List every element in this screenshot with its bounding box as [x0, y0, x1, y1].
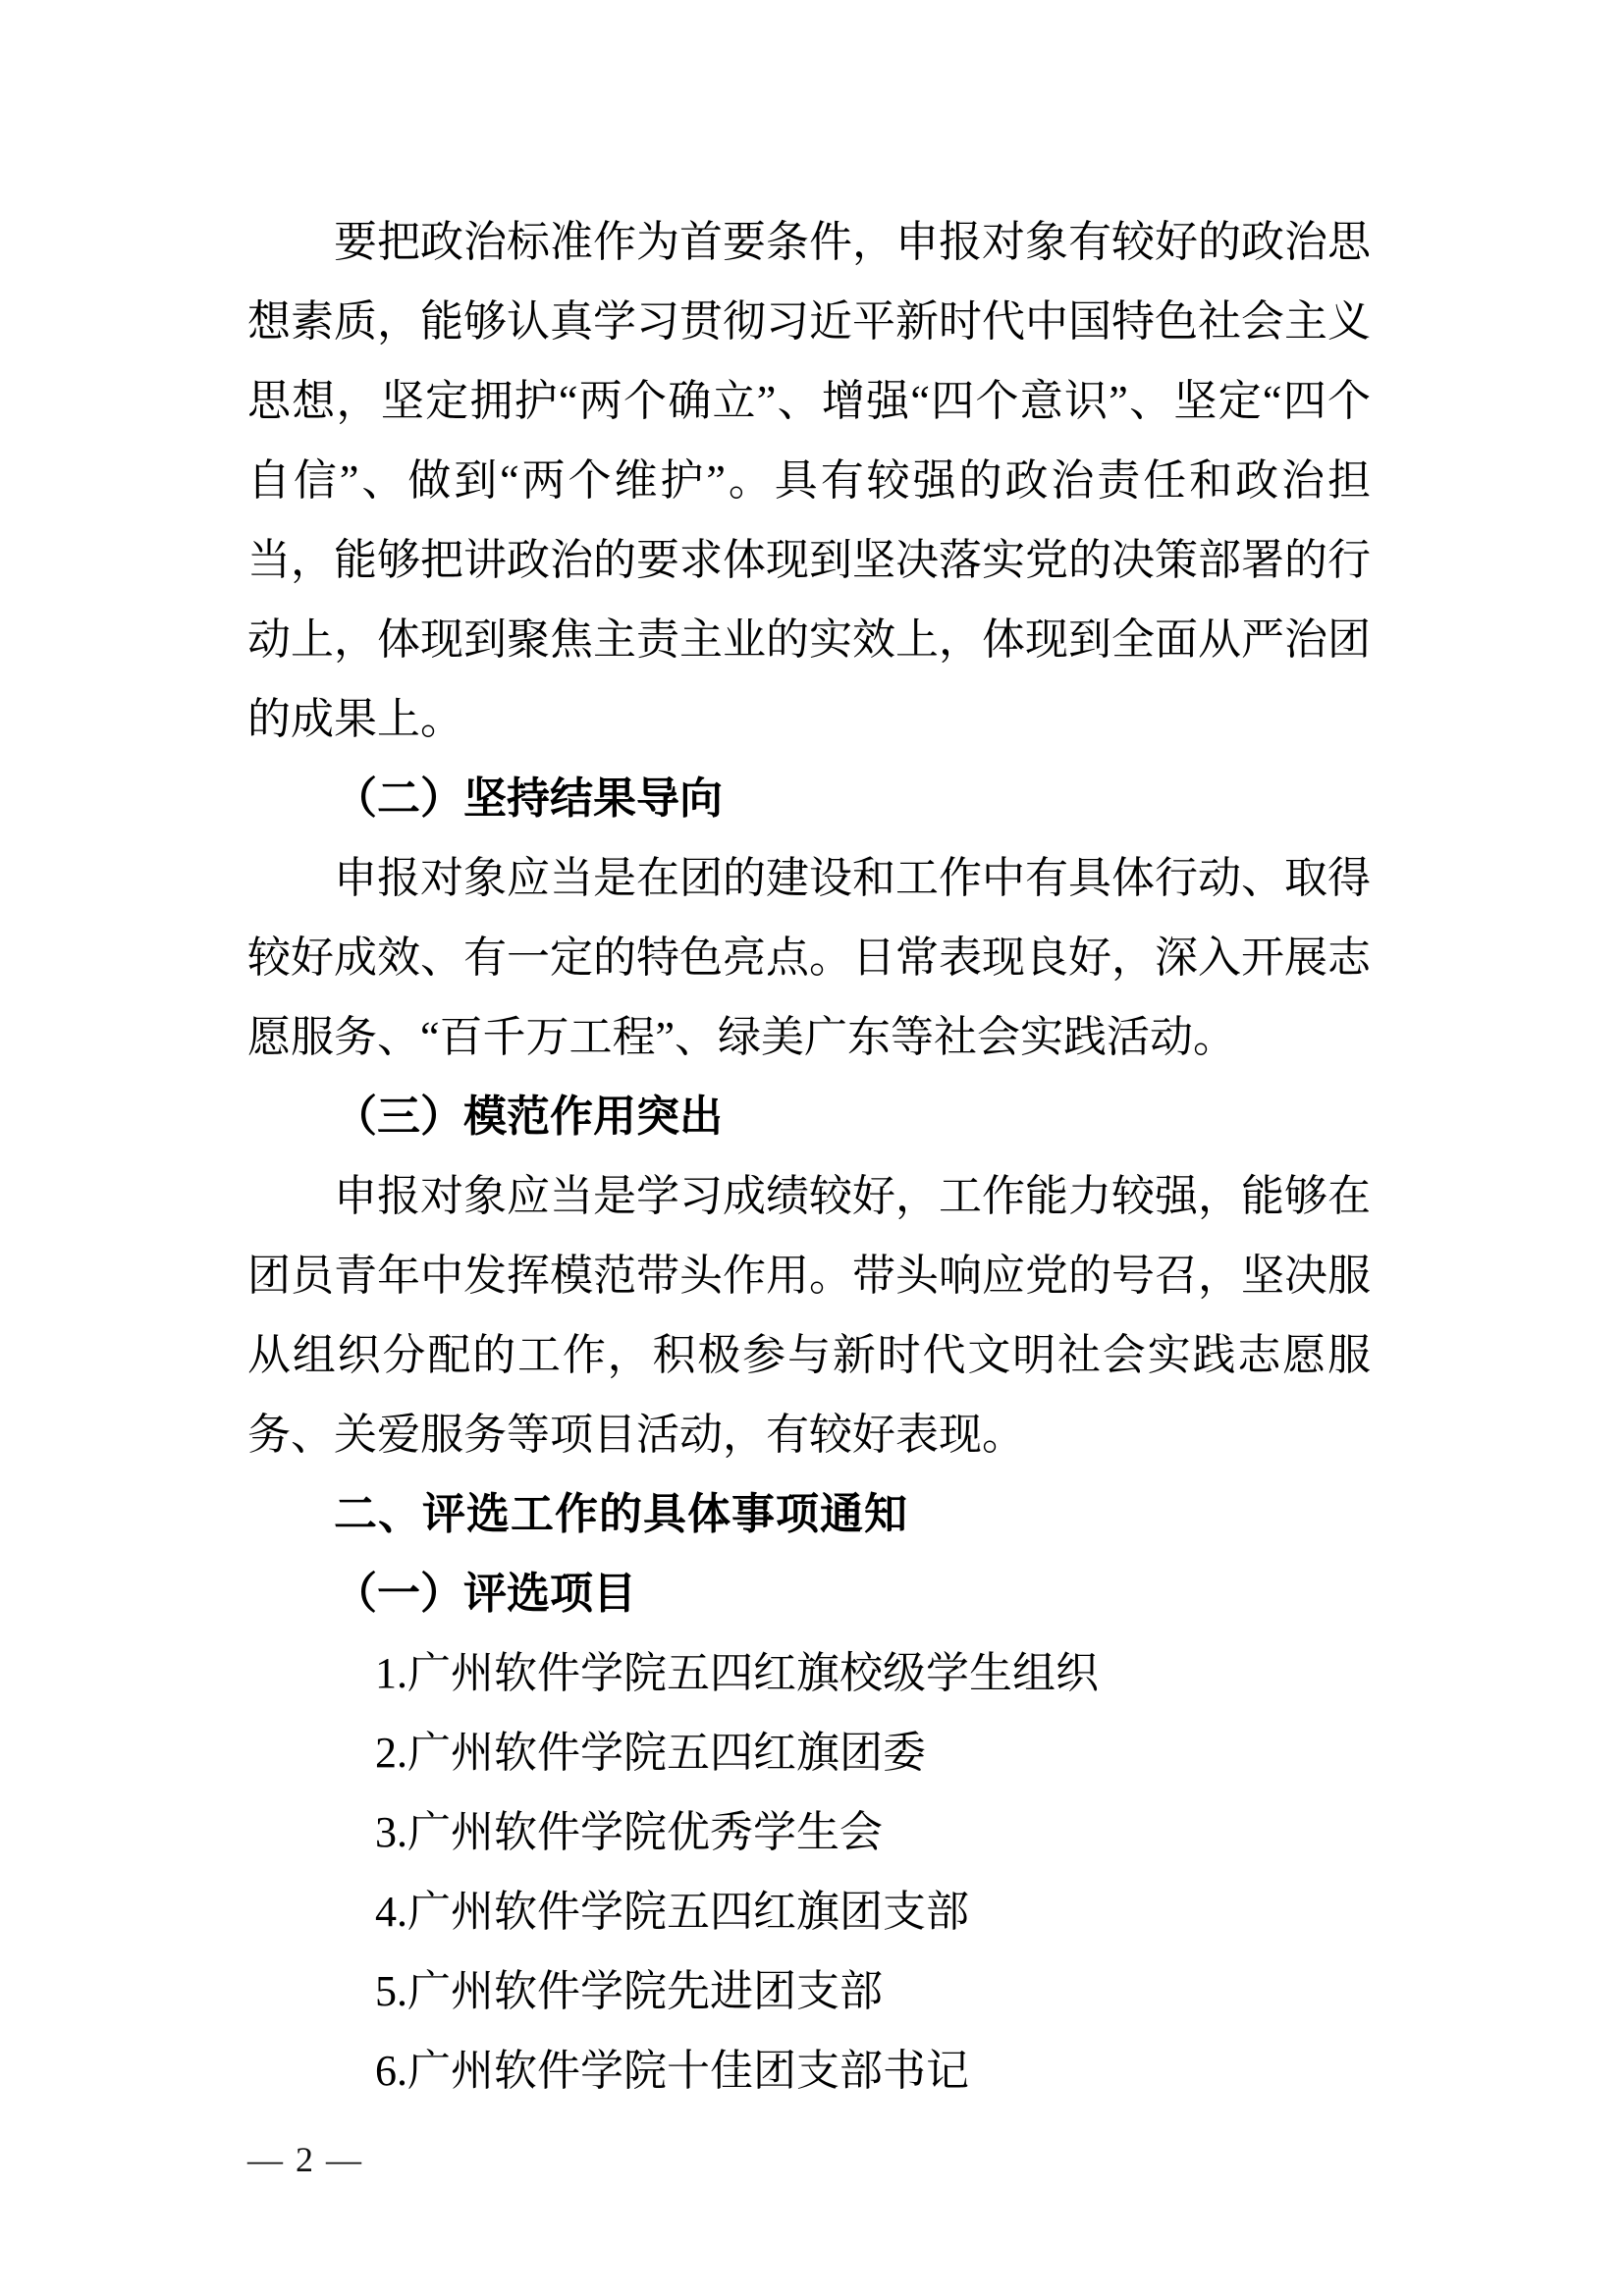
- document-body: 要把政治标准作为首要条件，申报对象有较好的政治思想素质，能够认真学习贯彻习近平新…: [247, 202, 1371, 2110]
- body-paragraph: 申报对象应当是在团的建设和工作中有具体行动、取得较好成效、有一定的特色亮点。日常…: [247, 838, 1371, 1077]
- award-list-item: 6.广州软件学院十佳团支部书记: [247, 2031, 1371, 2110]
- award-list-item: 3.广州软件学院优秀学生会: [247, 1792, 1371, 1872]
- section-subheading: （二）坚持结果导向: [247, 759, 1371, 838]
- section-subheading: （三）模范作用突出: [247, 1077, 1371, 1156]
- award-list-item: 1.广州软件学院五四红旗校级学生组织: [247, 1633, 1371, 1713]
- page-number: — 2 —: [247, 2138, 363, 2181]
- award-list-item: 2.广州软件学院五四红旗团委: [247, 1713, 1371, 1792]
- document-page: 要把政治标准作为首要条件，申报对象有较好的政治思想素质，能够认真学习贯彻习近平新…: [0, 0, 1624, 2296]
- section-subheading: （一）评选项目: [247, 1554, 1371, 1633]
- body-paragraph: 申报对象应当是学习成绩较好，工作能力较强，能够在团员青年中发挥模范带头作用。带头…: [247, 1156, 1371, 1474]
- award-list-item: 4.广州软件学院五四红旗团支部: [247, 1872, 1371, 1951]
- body-paragraph: 要把政治标准作为首要条件，申报对象有较好的政治思想素质，能够认真学习贯彻习近平新…: [247, 202, 1371, 759]
- award-list-item: 5.广州软件学院先进团支部: [247, 1951, 1371, 2031]
- section-heading: 二、评选工作的具体事项通知: [247, 1474, 1371, 1554]
